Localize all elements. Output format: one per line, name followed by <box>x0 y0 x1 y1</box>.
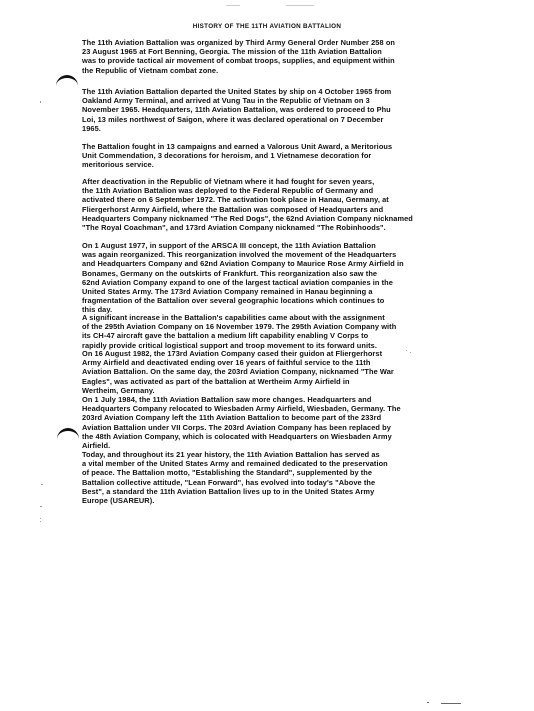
scan-speck <box>40 101 41 103</box>
paragraph-germany-activation: After deactivation in the Republic of Vi… <box>82 177 482 232</box>
document-title: HISTORY OF THE 11TH AVIATION BATTALION <box>0 23 534 30</box>
paragraph-1977-reorganization: On 1 August 1977, in support of the ARSC… <box>82 241 482 315</box>
binder-hole-mark-top <box>56 75 78 86</box>
scan-speck <box>286 5 314 6</box>
paragraph-today: Today, and throughout its 21 year histor… <box>82 450 482 505</box>
scan-speck <box>226 5 240 6</box>
paragraph-deployment-vietnam: The 11th Aviation Battalion departed the… <box>82 87 482 133</box>
paragraph-organization: The 11th Aviation Battalion was organize… <box>82 38 482 75</box>
paragraph-1984-changes: On 1 July 1984, the 11th Aviation Battal… <box>82 395 482 450</box>
scan-speck <box>40 518 41 519</box>
scan-speck <box>406 350 407 351</box>
scan-speck <box>441 703 461 704</box>
scan-speck <box>410 352 411 353</box>
scan-speck <box>427 702 429 703</box>
paragraph-1982-changes: On 16 August 1982, the 173rd Aviation Co… <box>82 349 482 395</box>
paragraph-295th-assignment: A significant increase in the Battalion'… <box>82 313 482 350</box>
paragraph-campaigns: The Battalion fought in 13 campaigns and… <box>82 142 482 170</box>
scan-speck <box>40 521 41 522</box>
scan-speck <box>41 484 43 485</box>
binder-hole-mark-bottom <box>57 428 79 439</box>
document-page: HISTORY OF THE 11TH AVIATION BATTALION T… <box>0 0 534 711</box>
scan-speck <box>40 506 42 507</box>
